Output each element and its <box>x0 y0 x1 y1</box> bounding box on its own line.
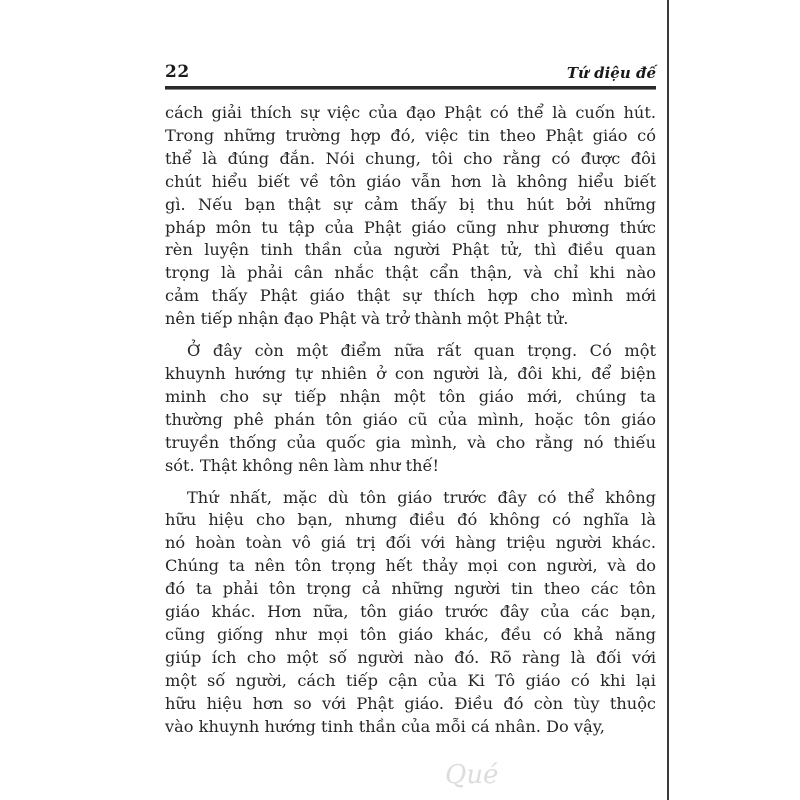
header-rule <box>165 86 656 90</box>
text-line: cách giải thích sự việc của đạo Phật có … <box>165 102 656 125</box>
text-line: trọng là phải cân nhắc thật cẩn thận, và… <box>165 262 656 285</box>
text-line: vào khuynh hướng tinh thần của mỗi cá nh… <box>165 716 656 739</box>
body-text: cách giải thích sự việc của đạo Phật có … <box>165 102 656 738</box>
text-line: nên tiếp nhận đạo Phật và trở thành một … <box>165 308 656 331</box>
page-number: 22 <box>165 62 190 82</box>
paragraph: cách giải thích sự việc của đạo Phật có … <box>165 102 656 331</box>
text-line: một số người, cách tiếp cận của Ki Tô gi… <box>165 670 656 693</box>
text-line: thể là đúng đắn. Nói chung, tôi cho rằng… <box>165 148 656 171</box>
text-line: giúp ích cho một số người nào đó. Rõ ràn… <box>165 647 656 670</box>
watermark: Qué <box>445 760 505 800</box>
book-page: 22 Tứ diệu đế cách giải thích sự việc củ… <box>165 58 656 747</box>
text-line: đó ta phải tôn trọng cả những người tin … <box>165 578 656 601</box>
text-line: cũng giống như mọi tôn giáo khác, đều có… <box>165 624 656 647</box>
text-line: sót. Thật không nên làm như thế! <box>165 455 656 478</box>
text-line: truyền thống của quốc gia mình, và cho r… <box>165 432 656 455</box>
text-line: nó hoàn toàn vô giá trị đối với hàng tri… <box>165 532 656 555</box>
text-line: khuynh hướng tự nhiên ở con người là, đô… <box>165 363 656 386</box>
text-line: giáo khác. Hơn nữa, tôn giáo trước đây c… <box>165 601 656 624</box>
text-line: hữu hiệu hơn so với Phật giáo. Điều đó c… <box>165 693 656 716</box>
chapter-title: Tứ diệu đế <box>567 64 656 82</box>
text-line: Chúng ta nên tôn trọng hết thảy mọi con … <box>165 555 656 578</box>
text-line: gì. Nếu bạn thật sự cảm thấy bị thu hút … <box>165 194 656 217</box>
text-line: Thứ nhất, mặc dù tôn giáo trước đây có t… <box>165 487 656 510</box>
text-line: Trong những trường hợp đó, việc tin theo… <box>165 125 656 148</box>
text-line: cảm thấy Phật giáo thật sự thích hợp cho… <box>165 285 656 308</box>
text-line: pháp môn tu tập của Phật giáo cũng như p… <box>165 217 656 240</box>
text-line: Ở đây còn một điểm nữa rất quan trọng. C… <box>165 340 656 363</box>
text-line: thường phê phán tôn giáo cũ của mình, ho… <box>165 409 656 432</box>
text-line: hữu hiệu cho bạn, nhưng điều đó không có… <box>165 509 656 532</box>
paragraph: Ở đây còn một điểm nữa rất quan trọng. C… <box>165 340 656 477</box>
text-line: minh cho sự tiếp nhận một tôn giáo mới, … <box>165 386 656 409</box>
paragraph: Thứ nhất, mặc dù tôn giáo trước đây có t… <box>165 487 656 739</box>
text-line: chút hiểu biết về tôn giáo vẫn hơn là kh… <box>165 171 656 194</box>
text-line: rèn luyện tinh thần của người Phật tử, t… <box>165 239 656 262</box>
page-edge-line <box>667 0 669 800</box>
running-header: 22 Tứ diệu đế <box>165 58 656 82</box>
